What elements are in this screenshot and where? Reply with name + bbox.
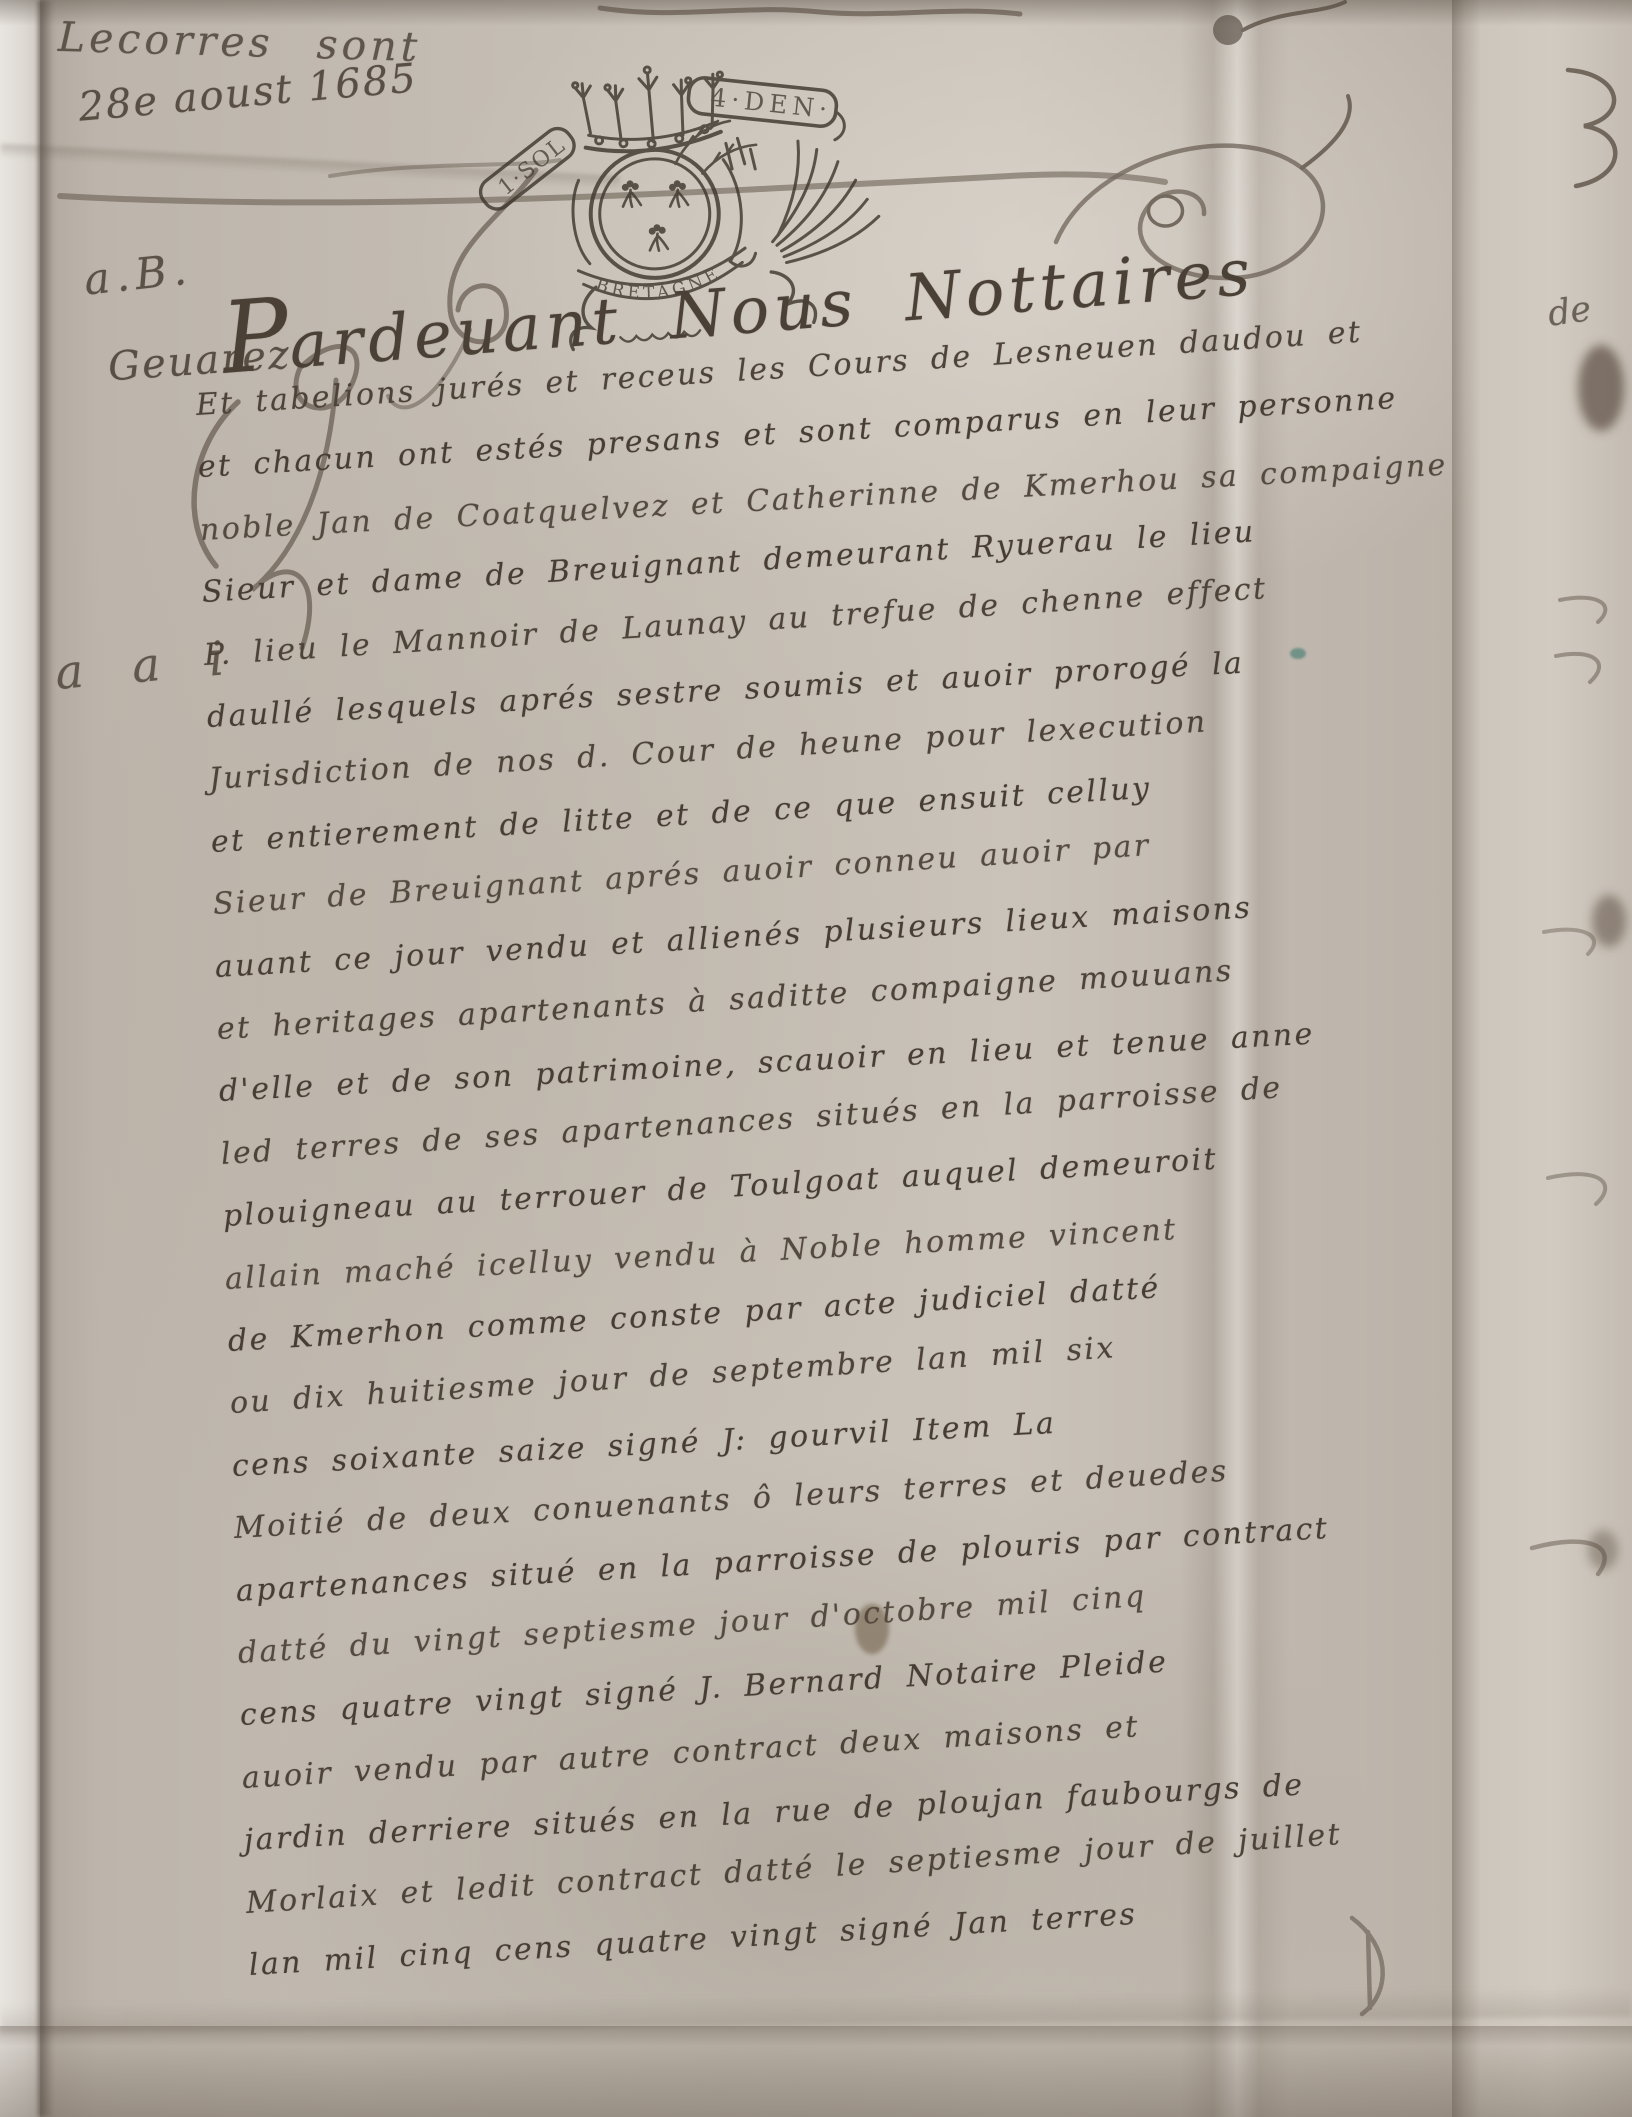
manuscript-body: Et tabelions jurés et receus les Cours d… (0, 0, 1632, 2117)
manuscript-photo: BRETAGNE 1·SOL (0, 0, 1632, 2117)
